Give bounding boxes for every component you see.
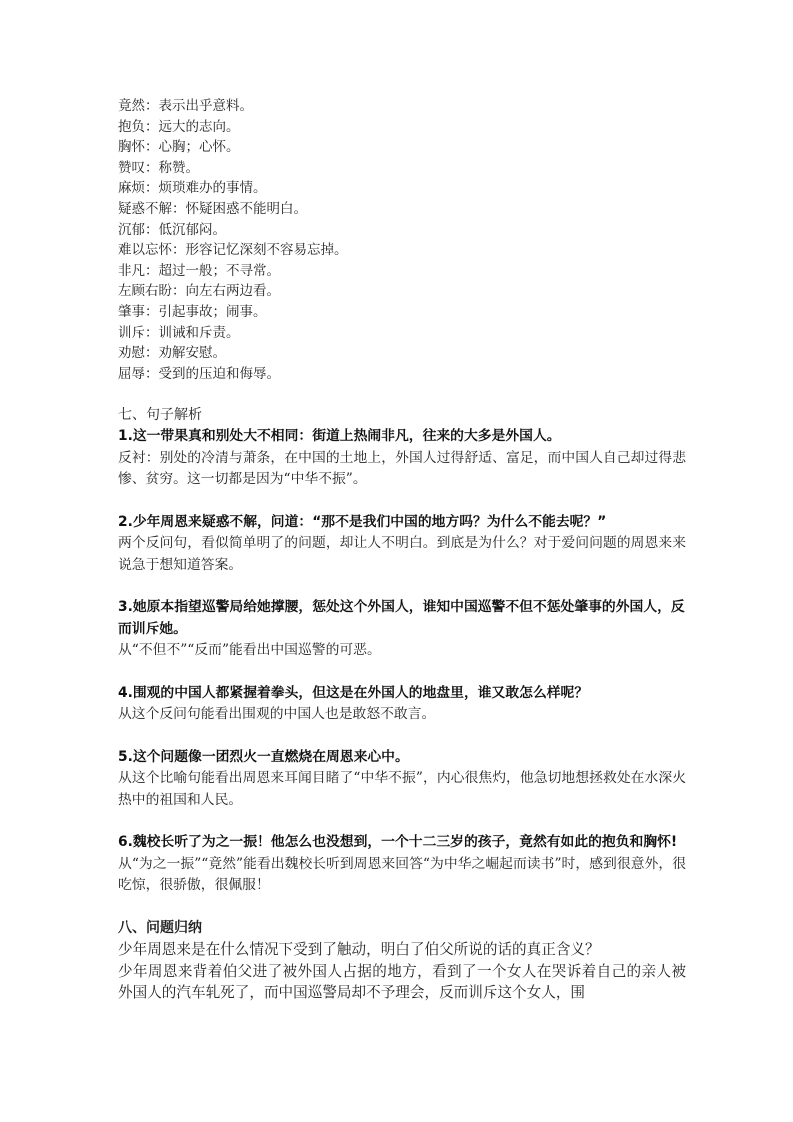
vocab-item: 左顾右盼：向左右两边看。 xyxy=(118,281,686,302)
summary-question: 少年周恩来是在什么情况下受到了触动，明白了伯父所说的话的真正含义？ xyxy=(118,939,686,961)
analysis-item: 5.这个问题像一团烈火一直燃烧在周恩来心中。 从这个比喻句能看出周恩来耳闻目睹了… xyxy=(118,747,686,812)
vocab-item: 胸怀：心胸；心怀。 xyxy=(118,137,686,158)
spacer xyxy=(118,811,686,832)
spacer xyxy=(118,897,686,918)
analysis-item: 2.少年周恩来疑惑不解，问道：“那不是我们中国的地方吗？为什么不能去呢？” 两个… xyxy=(118,512,686,577)
vocab-item: 劝慰：劝解安慰。 xyxy=(118,343,686,364)
section-sentence-analysis: 七、句子解析 1.这一带果真和别处大不相同：街道上热闹非凡，往来的大多是外国人。… xyxy=(118,405,686,897)
analysis-item: 3.她原本指望巡警局给她撑腰，惩处这个外国人，谁知中国巡警不但不惩处肇事的外国人… xyxy=(118,597,686,662)
vocab-item: 抱负：远大的志向。 xyxy=(118,117,686,138)
summary-answer: 少年周恩来背着伯父进了被外国人占据的地方，看到了一个女人在哭诉着自己的亲人被外国… xyxy=(118,961,686,1005)
vocab-item: 肇事：引起事故；闹事。 xyxy=(118,302,686,323)
spacer xyxy=(118,576,686,597)
section-question-summary: 八、问题归纳 少年周恩来是在什么情况下受到了触动，明白了伯父所说的话的真正含义？… xyxy=(118,918,686,1004)
analysis-explanation: 从“不但不”“反而”能看出中国巡警的可恶。 xyxy=(118,640,686,662)
vocab-item: 训斥：训诫和斥责。 xyxy=(118,323,686,344)
section-title: 八、问题归纳 xyxy=(118,918,686,939)
vocab-item: 麻烦：烦琐难办的事情。 xyxy=(118,178,686,199)
analysis-explanation: 从这个比喻句能看出周恩来耳闻目睹了“中华不振”，内心很焦灼，他急切地想拯救处在水… xyxy=(118,768,686,811)
analysis-item: 6.魏校长听了为之一振！他怎么也没想到，一个十二三岁的孩子，竟然有如此的抱负和胸… xyxy=(118,832,686,897)
analysis-sentence: 1.这一带果真和别处大不相同：街道上热闹非凡，往来的大多是外国人。 xyxy=(118,426,686,448)
vocab-item: 赞叹：称赞。 xyxy=(118,158,686,179)
spacer xyxy=(118,726,686,747)
vocab-item: 疑惑不解：怀疑困惑不能明白。 xyxy=(118,199,686,220)
analysis-explanation: 从这个反问句能看出围观的中国人也是敢怒不敢言。 xyxy=(118,704,686,726)
analysis-explanation: 从“为之一振”“竟然”能看出魏校长听到周恩来回答“为中华之崛起而读书”时，感到很… xyxy=(118,854,686,897)
vocab-item: 竟然：表示出乎意料。 xyxy=(118,96,686,117)
spacer xyxy=(118,662,686,683)
analysis-item: 1.这一带果真和别处大不相同：街道上热闹非凡，往来的大多是外国人。 反衬：别处的… xyxy=(118,426,686,491)
analysis-sentence: 4.围观的中国人都紧握着拳头，但这是在外国人的地盘里，谁又敢怎么样呢？ xyxy=(118,683,686,705)
analysis-sentence: 2.少年周恩来疑惑不解，问道：“那不是我们中国的地方吗？为什么不能去呢？” xyxy=(118,512,686,534)
vocab-item: 屈辱：受到的压迫和侮辱。 xyxy=(118,364,686,385)
vocab-item: 沉郁：低沉郁闷。 xyxy=(118,220,686,241)
analysis-item: 4.围观的中国人都紧握着拳头，但这是在外国人的地盘里，谁又敢怎么样呢？ 从这个反… xyxy=(118,683,686,726)
spacer xyxy=(118,384,686,405)
vocab-item: 非凡：超过一般；不寻常。 xyxy=(118,261,686,282)
section-title: 七、句子解析 xyxy=(118,405,686,426)
vocab-item: 难以忘怀：形容记忆深刻不容易忘掉。 xyxy=(118,240,686,261)
vocabulary-list: 竟然：表示出乎意料。 抱负：远大的志向。 胸怀：心胸；心怀。 赞叹：称赞。 麻烦… xyxy=(118,96,686,384)
analysis-sentence: 6.魏校长听了为之一振！他怎么也没想到，一个十二三岁的孩子，竟然有如此的抱负和胸… xyxy=(118,832,686,854)
document-page: 竟然：表示出乎意料。 抱负：远大的志向。 胸怀：心胸；心怀。 赞叹：称赞。 麻烦… xyxy=(118,96,686,1004)
analysis-explanation: 两个反问句，看似简单明了的问题，却让人不明白。到底是为什么？对于爱问问题的周恩来… xyxy=(118,533,686,576)
analysis-sentence: 5.这个问题像一团烈火一直燃烧在周恩来心中。 xyxy=(118,747,686,769)
spacer xyxy=(118,491,686,512)
analysis-sentence: 3.她原本指望巡警局给她撑腰，惩处这个外国人，谁知中国巡警不但不惩处肇事的外国人… xyxy=(118,597,686,640)
analysis-explanation: 反衬：别处的冷清与萧条，在中国的土地上，外国人过得舒适、富足，而中国人自己却过得… xyxy=(118,448,686,491)
